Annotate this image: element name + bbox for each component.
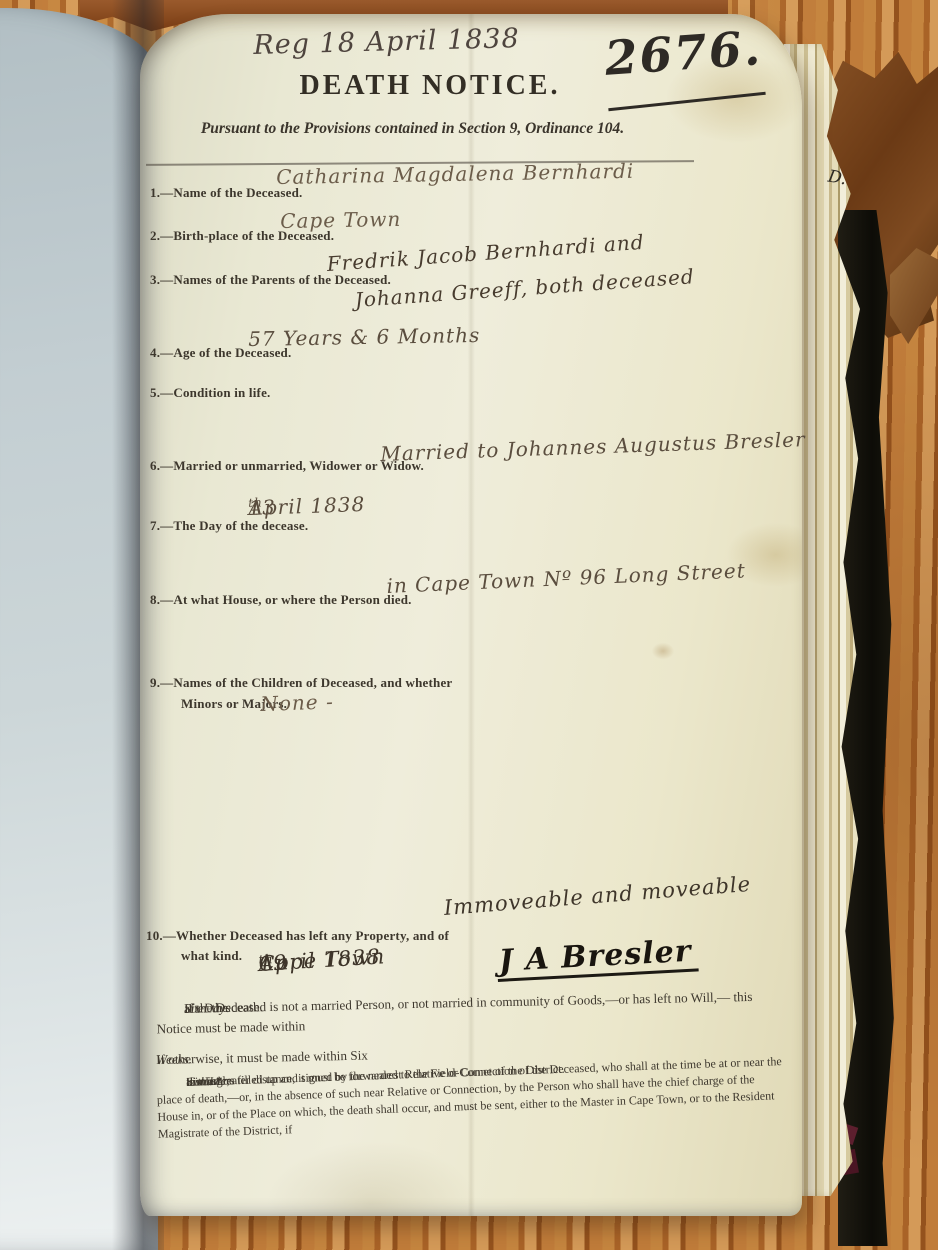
field-label-3: 3.—Names of the Parents of the Deceased. bbox=[150, 272, 391, 288]
field-answer-6: Married to Johannes Augustus Bresler bbox=[380, 427, 806, 466]
declaration-date-rest: April 1838 bbox=[258, 945, 381, 976]
field-label-9-line1: 9.—Names of the Children of Deceased, an… bbox=[150, 675, 452, 691]
field-answer-8: in Cape Town Nº 96 Long Street bbox=[386, 558, 746, 598]
field-label-7: 7.—The Day of the decease. bbox=[150, 518, 308, 534]
field-answer-3-line2: Johanna Greeff, both deceased bbox=[354, 264, 695, 312]
field-answer-9: None - bbox=[260, 689, 334, 716]
six-weeks-italic: Weeks. bbox=[156, 1049, 192, 1070]
field-answer-3-line1: Fredrik Jacob Bernhardi and bbox=[326, 230, 645, 276]
field-label-5: 5.—Condition in life. bbox=[150, 385, 271, 401]
page-title: DEATH NOTICE. bbox=[150, 70, 710, 102]
signature: J A Bresler bbox=[496, 933, 699, 981]
decease-date-rest: April 1838 bbox=[248, 492, 366, 520]
registration-date-note: Reg 18 April 1838 bbox=[253, 23, 520, 61]
field-label-10-line1: 10.—Whether Deceased has left any Proper… bbox=[146, 928, 449, 944]
death-notice-page: Reg 18 April 1838 2676. DEATH NOTICE. Pu… bbox=[140, 14, 802, 1216]
field-answer-4: 57 Years & 6 Months bbox=[248, 323, 480, 351]
field-answer-2: Cape Town bbox=[280, 207, 401, 233]
page-subtitle: Pursuant to the Provisions contained in … bbox=[140, 120, 685, 138]
field-label-10-line2: what kind. bbox=[181, 948, 242, 964]
six-weeks-note: If otherwise, it must be made within Six… bbox=[156, 1037, 776, 1050]
six-days-note-tail: after the death. bbox=[156, 997, 263, 1019]
wood-table-background: D. Reg 18 April 1838 2676. DEATH NOTICE.… bbox=[0, 0, 938, 1250]
fore-edge-annotation: D. bbox=[826, 167, 848, 190]
six-days-note: If the Deceased is not a married Person,… bbox=[128, 986, 780, 1000]
field-label-8: 8.—At what House, or where the Person di… bbox=[150, 592, 412, 608]
field-answer-10: Immoveable and moveable bbox=[443, 872, 752, 920]
field-answer-1: Catharina Magdalena Bernhardi bbox=[276, 159, 634, 189]
